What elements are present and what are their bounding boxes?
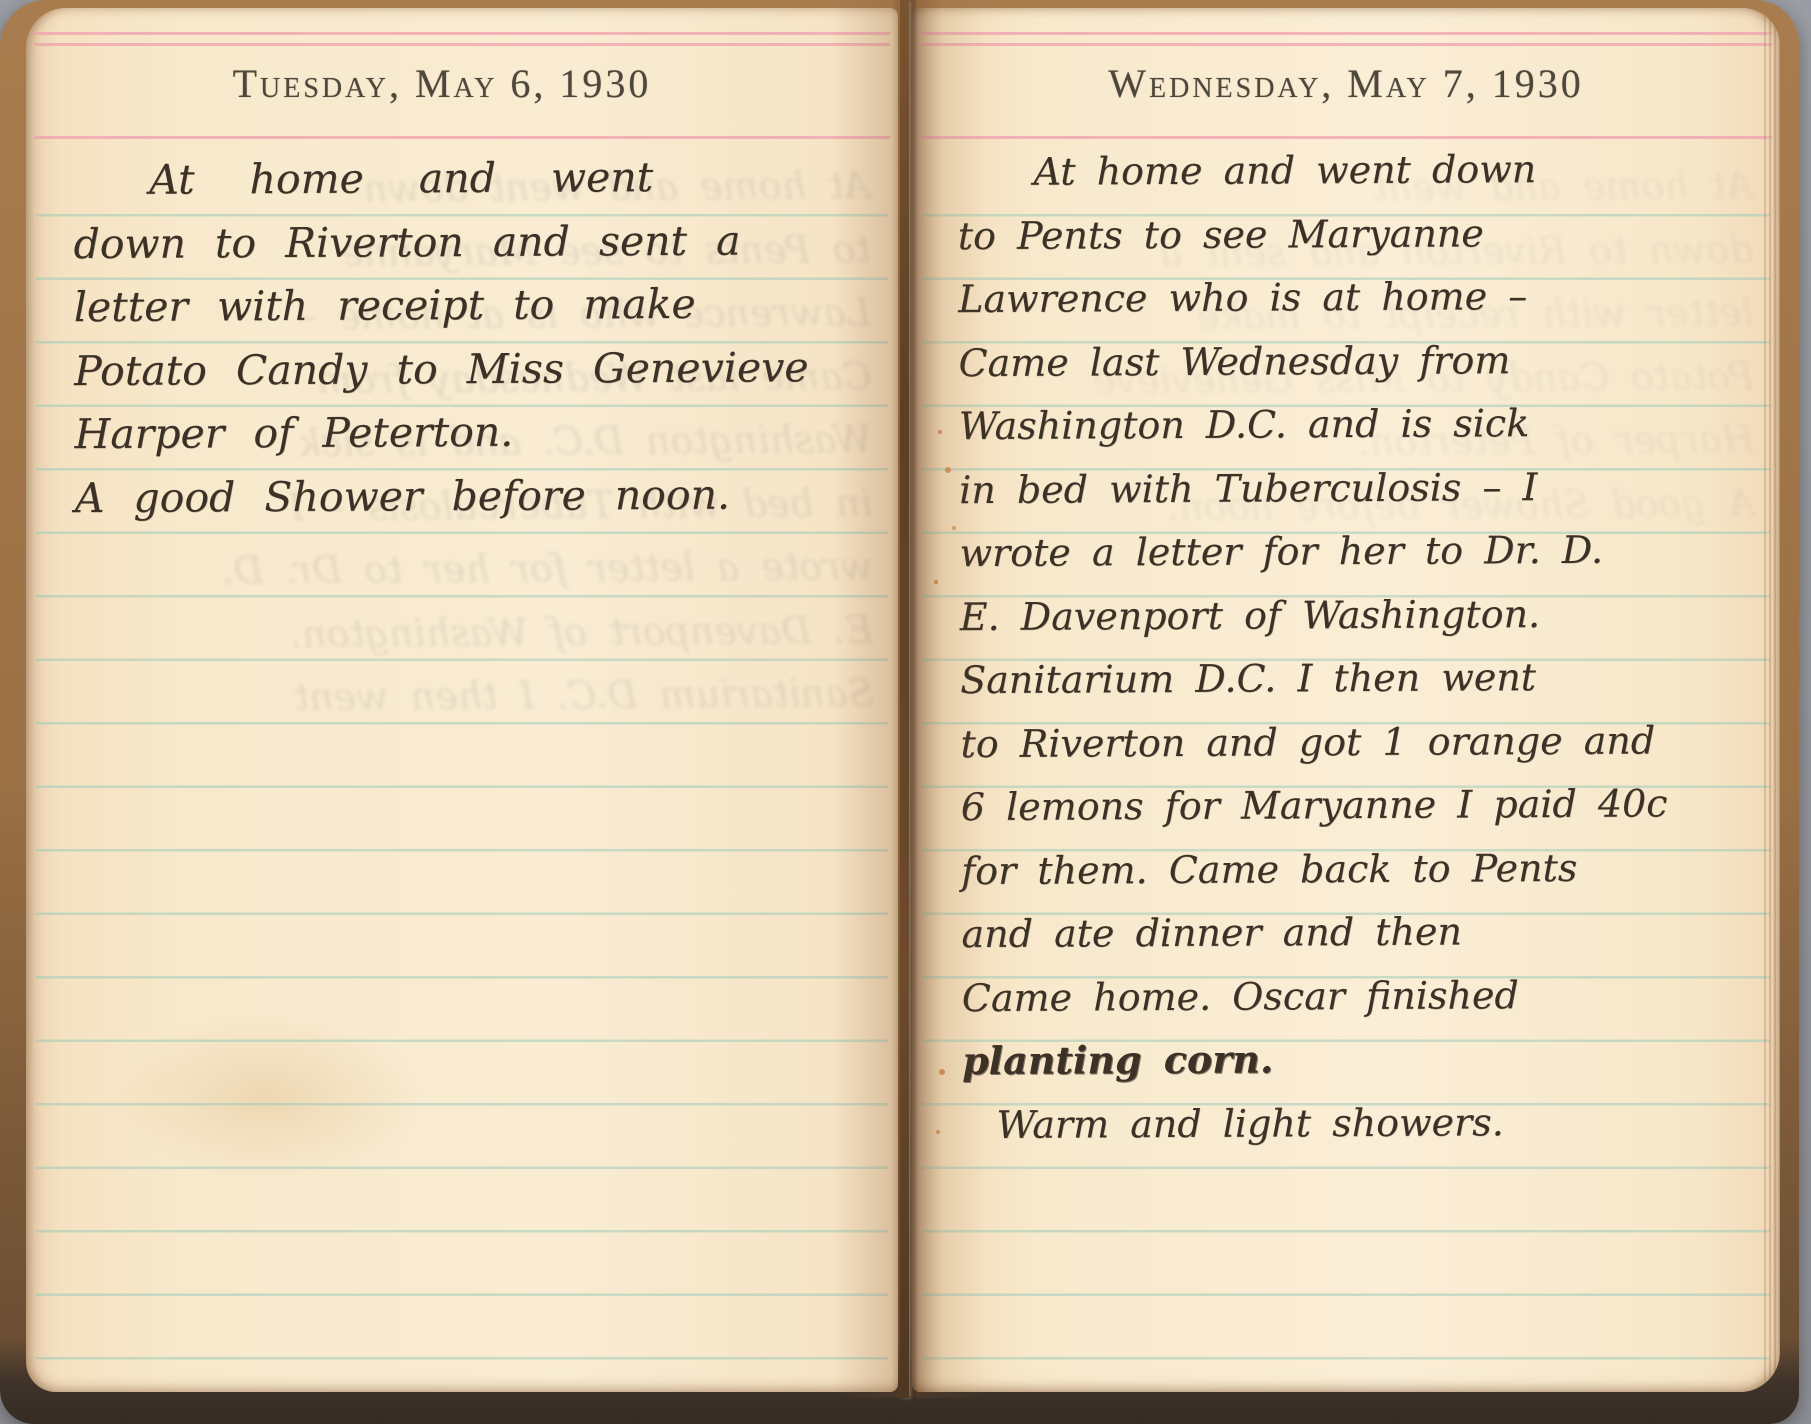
bleed-line: wrote a letter for her to Dr. D. <box>47 536 873 605</box>
handwriting-line: E. Davenport of Washington. <box>960 582 1772 650</box>
handwriting-line: Came home. Oscar finished <box>962 963 1774 1031</box>
handwriting-line: A good Shower before noon. <box>75 463 891 531</box>
scanned-diary-spread: { "left_page": { "header": "Tuesday, May… <box>0 0 1811 1424</box>
handwriting-line: At home and went <box>73 146 889 214</box>
handwriting-line: letter with receipt to make <box>74 273 890 341</box>
bleed-line: E. Davenport of Washington. <box>47 600 873 669</box>
handwriting-line: to Riverton and got 1 orange and <box>960 709 1772 777</box>
handwriting-line: Lawrence who is at home – <box>958 265 1770 333</box>
handwriting-line: in bed with Tuberculosis – I <box>959 455 1771 523</box>
binding-line <box>900 0 909 1398</box>
printed-date-header-left: Tuesday, May 6, 1930 <box>26 60 898 107</box>
handwriting-line: wrote a letter for her to Dr. D. <box>959 519 1771 587</box>
pink-rule-top-1 <box>920 32 1772 35</box>
handwriting-line: for them. Came back to Pents <box>961 836 1773 904</box>
diary-page-right: Wednesday, May 7, 1930 At home and went … <box>912 8 1780 1392</box>
printed-date-header-right: Wednesday, May 7, 1930 <box>912 60 1780 107</box>
handwriting-line: and ate dinner and then <box>961 900 1773 968</box>
handwriting-line: Warm and light showers. <box>962 1090 1774 1158</box>
pink-rule-below-header <box>34 136 890 139</box>
handwriting-line: planting corn. <box>962 1027 1774 1095</box>
pink-rule-top-1 <box>34 32 890 35</box>
diary-entry-right: At home and went down to Pents to see Ma… <box>957 138 1774 1158</box>
bleed-line: Sanitarium D.C. I then went <box>48 663 874 732</box>
handwriting-line: down to Riverton and sent a <box>73 209 889 277</box>
handwriting-line: Harper of Peterton. <box>74 400 890 468</box>
handwriting-line: 6 lemons for Maryanne I paid 40c <box>961 773 1773 841</box>
handwriting-line: Potato Candy to Miss Genevieve <box>74 336 890 404</box>
pink-rule-top-2 <box>920 43 1772 46</box>
diary-page-left: Tuesday, May 6, 1930 At home and went do… <box>26 8 898 1392</box>
pink-rule-top-2 <box>34 43 890 46</box>
handwriting-line: Came last Wednesday from <box>958 328 1770 396</box>
handwriting-line: Washington D.C. and is sick <box>959 392 1771 460</box>
handwriting-line: Sanitarium D.C. I then went <box>960 646 1772 714</box>
diary-entry-left: At home and went down to Riverton and se… <box>73 146 891 531</box>
diary-book: Tuesday, May 6, 1930 At home and went do… <box>0 0 1799 1424</box>
handwriting-line: to Pents to see Maryanne <box>958 201 1770 269</box>
handwriting-line: At home and went down <box>957 138 1769 206</box>
